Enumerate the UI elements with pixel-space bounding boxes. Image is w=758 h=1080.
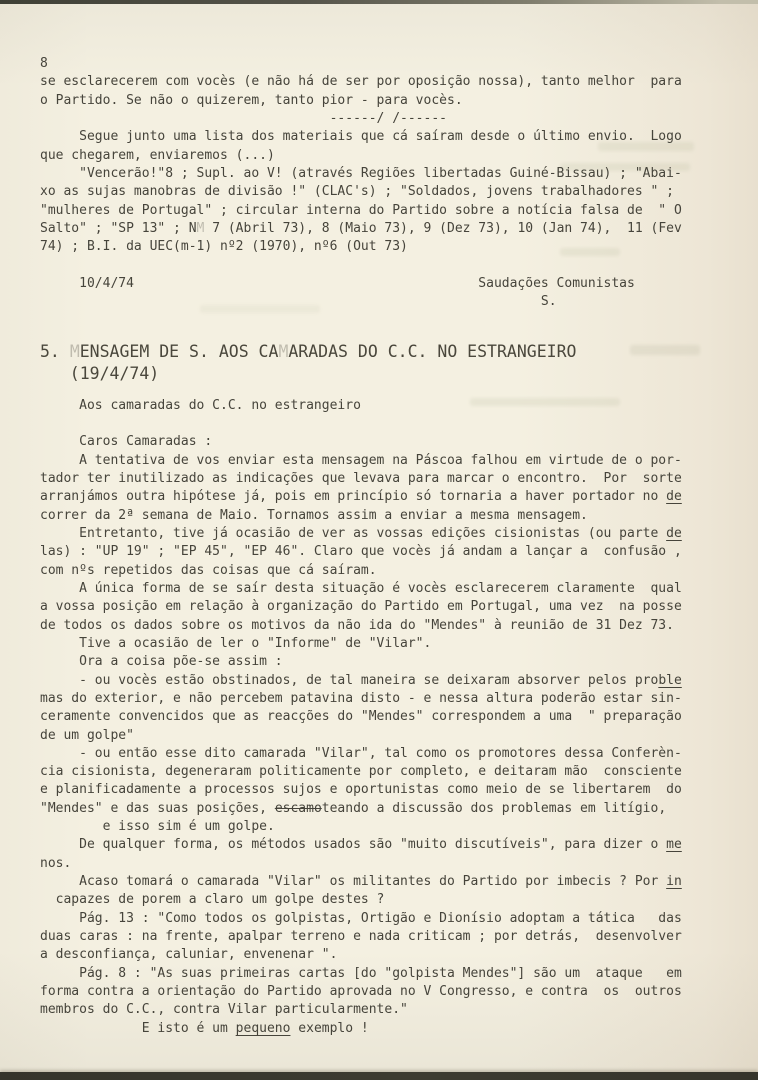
text-segment: ceramente convencidos que as reacções do… <box>40 709 682 724</box>
text-segment: 10/4/74 Saudações Comunistas <box>40 276 635 291</box>
text-segment: e planificadamente a processos sujos e o… <box>40 782 682 797</box>
text-segment: - ou vocès estão obstinados, de tal mane… <box>40 673 658 688</box>
text-line: Salto" ; "SP 13" ; NM 7 (Abril 73), 8 (M… <box>40 220 734 238</box>
text-line: Pág. 13 : "Como todos os golpistas, Orti… <box>40 910 734 928</box>
text-segment: se esclarecerem com vocès (e não há de s… <box>40 74 682 89</box>
text-segment: a desconfiança, caluniar, envenenar ". <box>40 947 337 962</box>
text-line: Entretanto, tive já ocasião de ver as vo… <box>40 525 734 543</box>
text-segment: 5. <box>40 342 70 361</box>
text-segment: mas do exterior, e não percebem patavina… <box>40 691 682 706</box>
faded-character: M <box>70 342 80 361</box>
text-segment: duas caras : na frente, apalpar terreno … <box>40 929 682 944</box>
text-segment: "Vencerão!"8 ; Supl. ao V! (através Regi… <box>40 166 682 181</box>
text-segment: e isso sim é um golpe. <box>40 819 275 834</box>
text-line: se esclarecerem com vocès (e não há de s… <box>40 73 734 91</box>
text-line: mas do exterior, e não percebem patavina… <box>40 690 734 708</box>
text-segment: arranjámos outra hipótese já, pois em pr… <box>40 489 666 504</box>
text-segment: membros do C.C., contra Vilar particular… <box>40 1002 408 1017</box>
faded-character: M <box>197 221 205 236</box>
text-segment: Tive a ocasião de ler o "Informe" de "Vi… <box>40 636 431 651</box>
text-segment: 74) ; B.I. da UEC(m-1) nº2 (1970), nº6 (… <box>40 239 408 254</box>
text-line: ------/ /------ <box>40 110 734 128</box>
text-segment: Aos camaradas do C.C. no estrangeiro <box>40 398 361 413</box>
text-segment: ARADAS DO C.C. NO ESTRANGEIRO <box>288 342 576 361</box>
text-segment: 8 <box>40 56 48 71</box>
text-line: Acaso tomará o camarada "Vilar" os milit… <box>40 873 734 891</box>
text-segment: Segue junto uma lista dos materiais que … <box>40 129 682 144</box>
text-segment: teando a discussão dos problemas em lití… <box>322 801 666 816</box>
underlined-text: in <box>666 874 682 889</box>
text-segment: cia cisionista, degeneraram politicament… <box>40 764 682 779</box>
underlined-text: pequeno <box>236 1021 291 1036</box>
section-heading: 5. MENSAGEM DE S. AOS CAMARADAS DO C.C. … <box>40 341 734 363</box>
text-line: E isto é um pequeno exemplo ! <box>40 1020 734 1038</box>
text-line: capazes de porem a claro um golpe destes… <box>40 891 734 909</box>
faded-character: M <box>278 342 288 361</box>
text-line: "Mendes" e das suas posições, escamotean… <box>40 800 734 818</box>
text-segment: A tentativa de vos enviar esta mensagem … <box>40 453 682 468</box>
text-line: A única forma de se saír desta situação … <box>40 580 734 598</box>
text-line: "Vencerão!"8 ; Supl. ao V! (através Regi… <box>40 165 734 183</box>
text-line: o Partido. Se não o quizerem, tanto pior… <box>40 92 734 110</box>
text-segment: (19/4/74) <box>40 364 159 383</box>
text-line: - ou então esse dito camarada "Vilar", t… <box>40 745 734 763</box>
text-segment: Caros Camaradas : <box>40 434 212 449</box>
text-line: nos. <box>40 855 734 873</box>
text-segment: tador ter inutilizado as indicações que … <box>40 471 682 486</box>
text-segment: Ora a coisa põe-se assim : <box>40 654 283 669</box>
scan-edge-top <box>0 0 758 4</box>
text-segment: de um golpe" <box>40 728 134 743</box>
underlined-text: me <box>666 837 682 852</box>
text-line: De qualquer forma, os métodos usados são… <box>40 836 734 854</box>
text-line: correr da 2ª semana de Maio. Tornamos as… <box>40 507 734 525</box>
text-line: e planificadamente a processos sujos e o… <box>40 781 734 799</box>
underlined-text: ble <box>658 673 681 688</box>
text-segment: S. <box>40 294 557 309</box>
text-segment: exemplo ! <box>290 1021 368 1036</box>
text-line: Segue junto uma lista dos materiais que … <box>40 128 734 146</box>
text-line: e isso sim é um golpe. <box>40 818 734 836</box>
text-segment: com nºs repetidos das coisas que cá saír… <box>40 563 377 578</box>
text-segment: E isto é um <box>40 1021 236 1036</box>
text-line: las) : "UP 19" ; "EP 45", "EP 46". Claro… <box>40 543 734 561</box>
text-segment: las) : "UP 19" ; "EP 45", "EP 46". Claro… <box>40 544 682 559</box>
text-line: arranjámos outra hipótese já, pois em pr… <box>40 488 734 506</box>
text-line: que chegarem, enviaremos (...) <box>40 147 734 165</box>
text-segment: correr da 2ª semana de Maio. Tornamos as… <box>40 508 588 523</box>
text-line: a vossa posição em relação à organização… <box>40 598 734 616</box>
text-line: Aos camaradas do C.C. no estrangeiro <box>40 397 734 415</box>
text-segment: capazes de porem a claro um golpe destes… <box>40 892 384 907</box>
text-line: xo as sujas manobras de divisão !" (CLAC… <box>40 183 734 201</box>
text-segment: Entretanto, tive já ocasião de ver as vo… <box>40 526 666 541</box>
text-line: Caros Camaradas : <box>40 433 734 451</box>
text-line: 10/4/74 Saudações Comunistas <box>40 275 734 293</box>
text-segment: - ou então esse dito camarada "Vilar", t… <box>40 746 682 761</box>
text-segment: De qualquer forma, os métodos usados são… <box>40 837 666 852</box>
text-segment: "Mendes" e das suas posições, <box>40 801 275 816</box>
text-segment: Pág. 8 : "As suas primeiras cartas [do "… <box>40 966 682 981</box>
struck-text: escamo <box>275 801 322 816</box>
text-line: forma contra a orientação do Partido apr… <box>40 983 734 1001</box>
text-segment: Salto" ; "SP 13" ; N <box>40 221 197 236</box>
text-segment: Acaso tomará o camarada "Vilar" os milit… <box>40 874 666 889</box>
section-heading-date: (19/4/74) <box>40 363 734 385</box>
text-line: S. <box>40 293 734 311</box>
text-line: 74) ; B.I. da UEC(m-1) nº2 (1970), nº6 (… <box>40 238 734 256</box>
text-segment: o Partido. Se não o quizerem, tanto pior… <box>40 93 463 108</box>
typewritten-text-content: 8se esclarecerem com vocès (e não há de … <box>40 55 734 1038</box>
text-segment: 7 (Abril 73), 8 (Maio 73), 9 (Dez 73), 1… <box>204 221 681 236</box>
text-line: "mulheres de Portugal" ; circular intern… <box>40 202 734 220</box>
text-segment: ------/ /------ <box>40 111 447 126</box>
text-segment: nos. <box>40 856 71 871</box>
text-line: com nºs repetidos das coisas que cá saír… <box>40 562 734 580</box>
text-line: tador ter inutilizado as indicações que … <box>40 470 734 488</box>
text-line: A tentativa de vos enviar esta mensagem … <box>40 452 734 470</box>
text-segment: xo as sujas manobras de divisão !" (CLAC… <box>40 184 674 199</box>
text-segment: forma contra a orientação do Partido apr… <box>40 984 682 999</box>
blank-line <box>40 415 734 433</box>
text-line: 8 <box>40 55 734 73</box>
text-segment: A única forma de se saír desta situação … <box>40 581 682 596</box>
text-line: Tive a ocasião de ler o "Informe" de "Vi… <box>40 635 734 653</box>
text-line: a desconfiança, caluniar, envenenar ". <box>40 946 734 964</box>
text-line: membros do C.C., contra Vilar particular… <box>40 1001 734 1019</box>
document-page: 8se esclarecerem com vocès (e não há de … <box>0 0 758 1080</box>
text-segment: ENSAGEM DE S. AOS CA <box>80 342 279 361</box>
text-line: - ou vocès estão obstinados, de tal mane… <box>40 672 734 690</box>
text-line: Pág. 8 : "As suas primeiras cartas [do "… <box>40 965 734 983</box>
blank-line <box>40 257 734 275</box>
text-line: ceramente convencidos que as reacções do… <box>40 708 734 726</box>
text-line: cia cisionista, degeneraram politicament… <box>40 763 734 781</box>
text-line: de todos os dados sobre os motivos da nã… <box>40 617 734 635</box>
underlined-text: de <box>666 489 682 504</box>
text-line: duas caras : na frente, apalpar terreno … <box>40 928 734 946</box>
text-segment: de todos os dados sobre os motivos da nã… <box>40 618 674 633</box>
text-segment: "mulheres de Portugal" ; circular intern… <box>40 203 682 218</box>
text-segment: Pág. 13 : "Como todos os golpistas, Orti… <box>40 911 682 926</box>
text-line: de um golpe" <box>40 727 734 745</box>
text-segment: a vossa posição em relação à organização… <box>40 599 682 614</box>
text-line: Ora a coisa põe-se assim : <box>40 653 734 671</box>
text-segment: que chegarem, enviaremos (...) <box>40 148 275 163</box>
scan-edge-bottom <box>0 1072 758 1080</box>
underlined-text: de <box>666 526 682 541</box>
